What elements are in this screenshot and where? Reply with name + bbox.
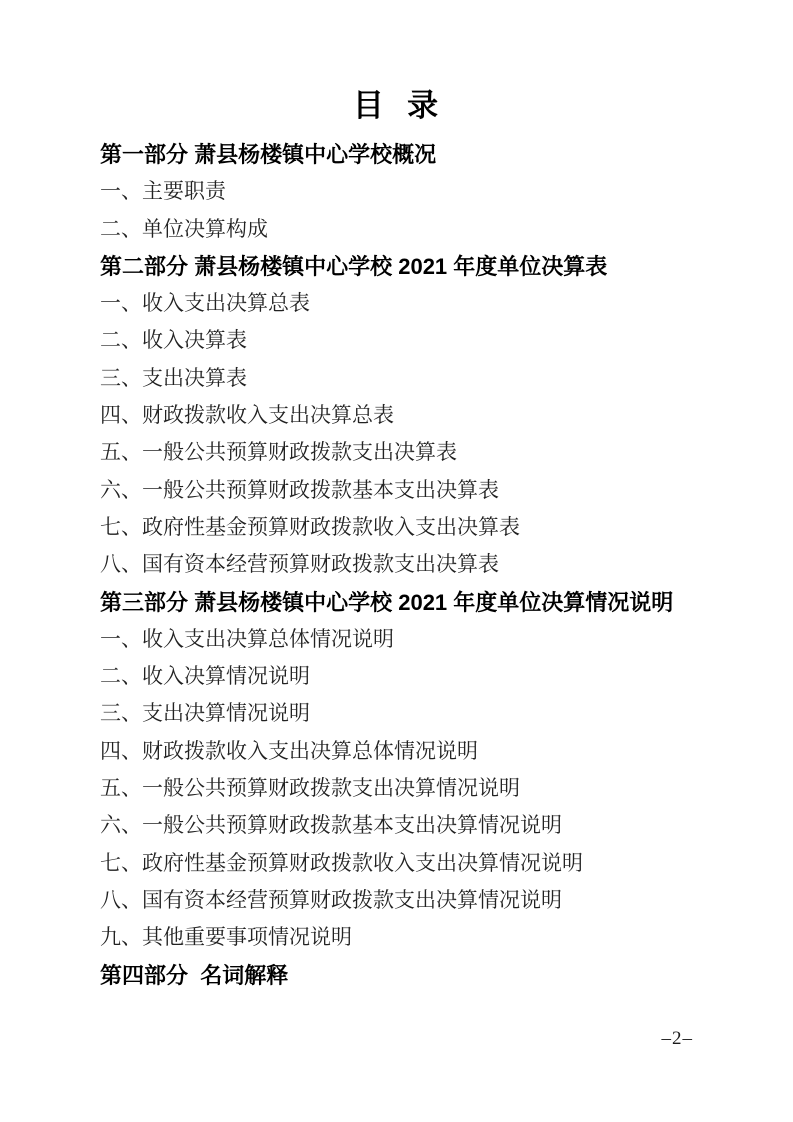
toc-item: 四、财政拨款收入支出决算总表	[100, 397, 700, 434]
toc-item: 七、政府性基金预算财政拨款收入支出决算表	[100, 509, 700, 546]
toc-item: 八、国有资本经营预算财政拨款支出决算表	[100, 546, 700, 583]
toc-item: 五、一般公共预算财政拨款支出决算情况说明	[100, 770, 700, 807]
toc-item: 四、财政拨款收入支出决算总体情况说明	[100, 733, 700, 770]
toc-item: 二、收入决算表	[100, 322, 700, 359]
toc-section-heading: 第四部分 名词解释	[100, 957, 700, 994]
toc-item: 六、一般公共预算财政拨款基本支出决算表	[100, 472, 700, 509]
toc-entries: 第一部分 萧县杨楼镇中心学校概况一、主要职责二、单位决算构成第二部分 萧县杨楼镇…	[100, 136, 700, 994]
document-page: 目 录 第一部分 萧县杨楼镇中心学校概况一、主要职责二、单位决算构成第二部分 萧…	[0, 0, 793, 1122]
toc-title: 目 录	[0, 88, 793, 124]
toc-item: 九、其他重要事项情况说明	[100, 919, 700, 956]
toc-section-heading: 第一部分 萧县杨楼镇中心学校概况	[100, 136, 700, 173]
toc-item: 一、收入支出决算总体情况说明	[100, 621, 700, 658]
toc-item: 三、支出决算情况说明	[100, 695, 700, 732]
toc-item: 七、政府性基金预算财政拨款收入支出决算情况说明	[100, 845, 700, 882]
page-number: –2–	[662, 1028, 694, 1050]
toc-item: 一、收入支出决算总表	[100, 285, 700, 322]
toc-item: 二、单位决算构成	[100, 211, 700, 248]
toc-section-heading: 第二部分 萧县杨楼镇中心学校 2021 年度单位决算表	[100, 248, 700, 285]
toc-section-heading: 第三部分 萧县杨楼镇中心学校 2021 年度单位决算情况说明	[100, 584, 700, 621]
toc-item: 三、支出决算表	[100, 360, 700, 397]
toc-item: 六、一般公共预算财政拨款基本支出决算情况说明	[100, 807, 700, 844]
toc-item: 一、主要职责	[100, 173, 700, 210]
toc-item: 二、收入决算情况说明	[100, 658, 700, 695]
toc-item: 八、国有资本经营预算财政拨款支出决算情况说明	[100, 882, 700, 919]
toc-item: 五、一般公共预算财政拨款支出决算表	[100, 434, 700, 471]
